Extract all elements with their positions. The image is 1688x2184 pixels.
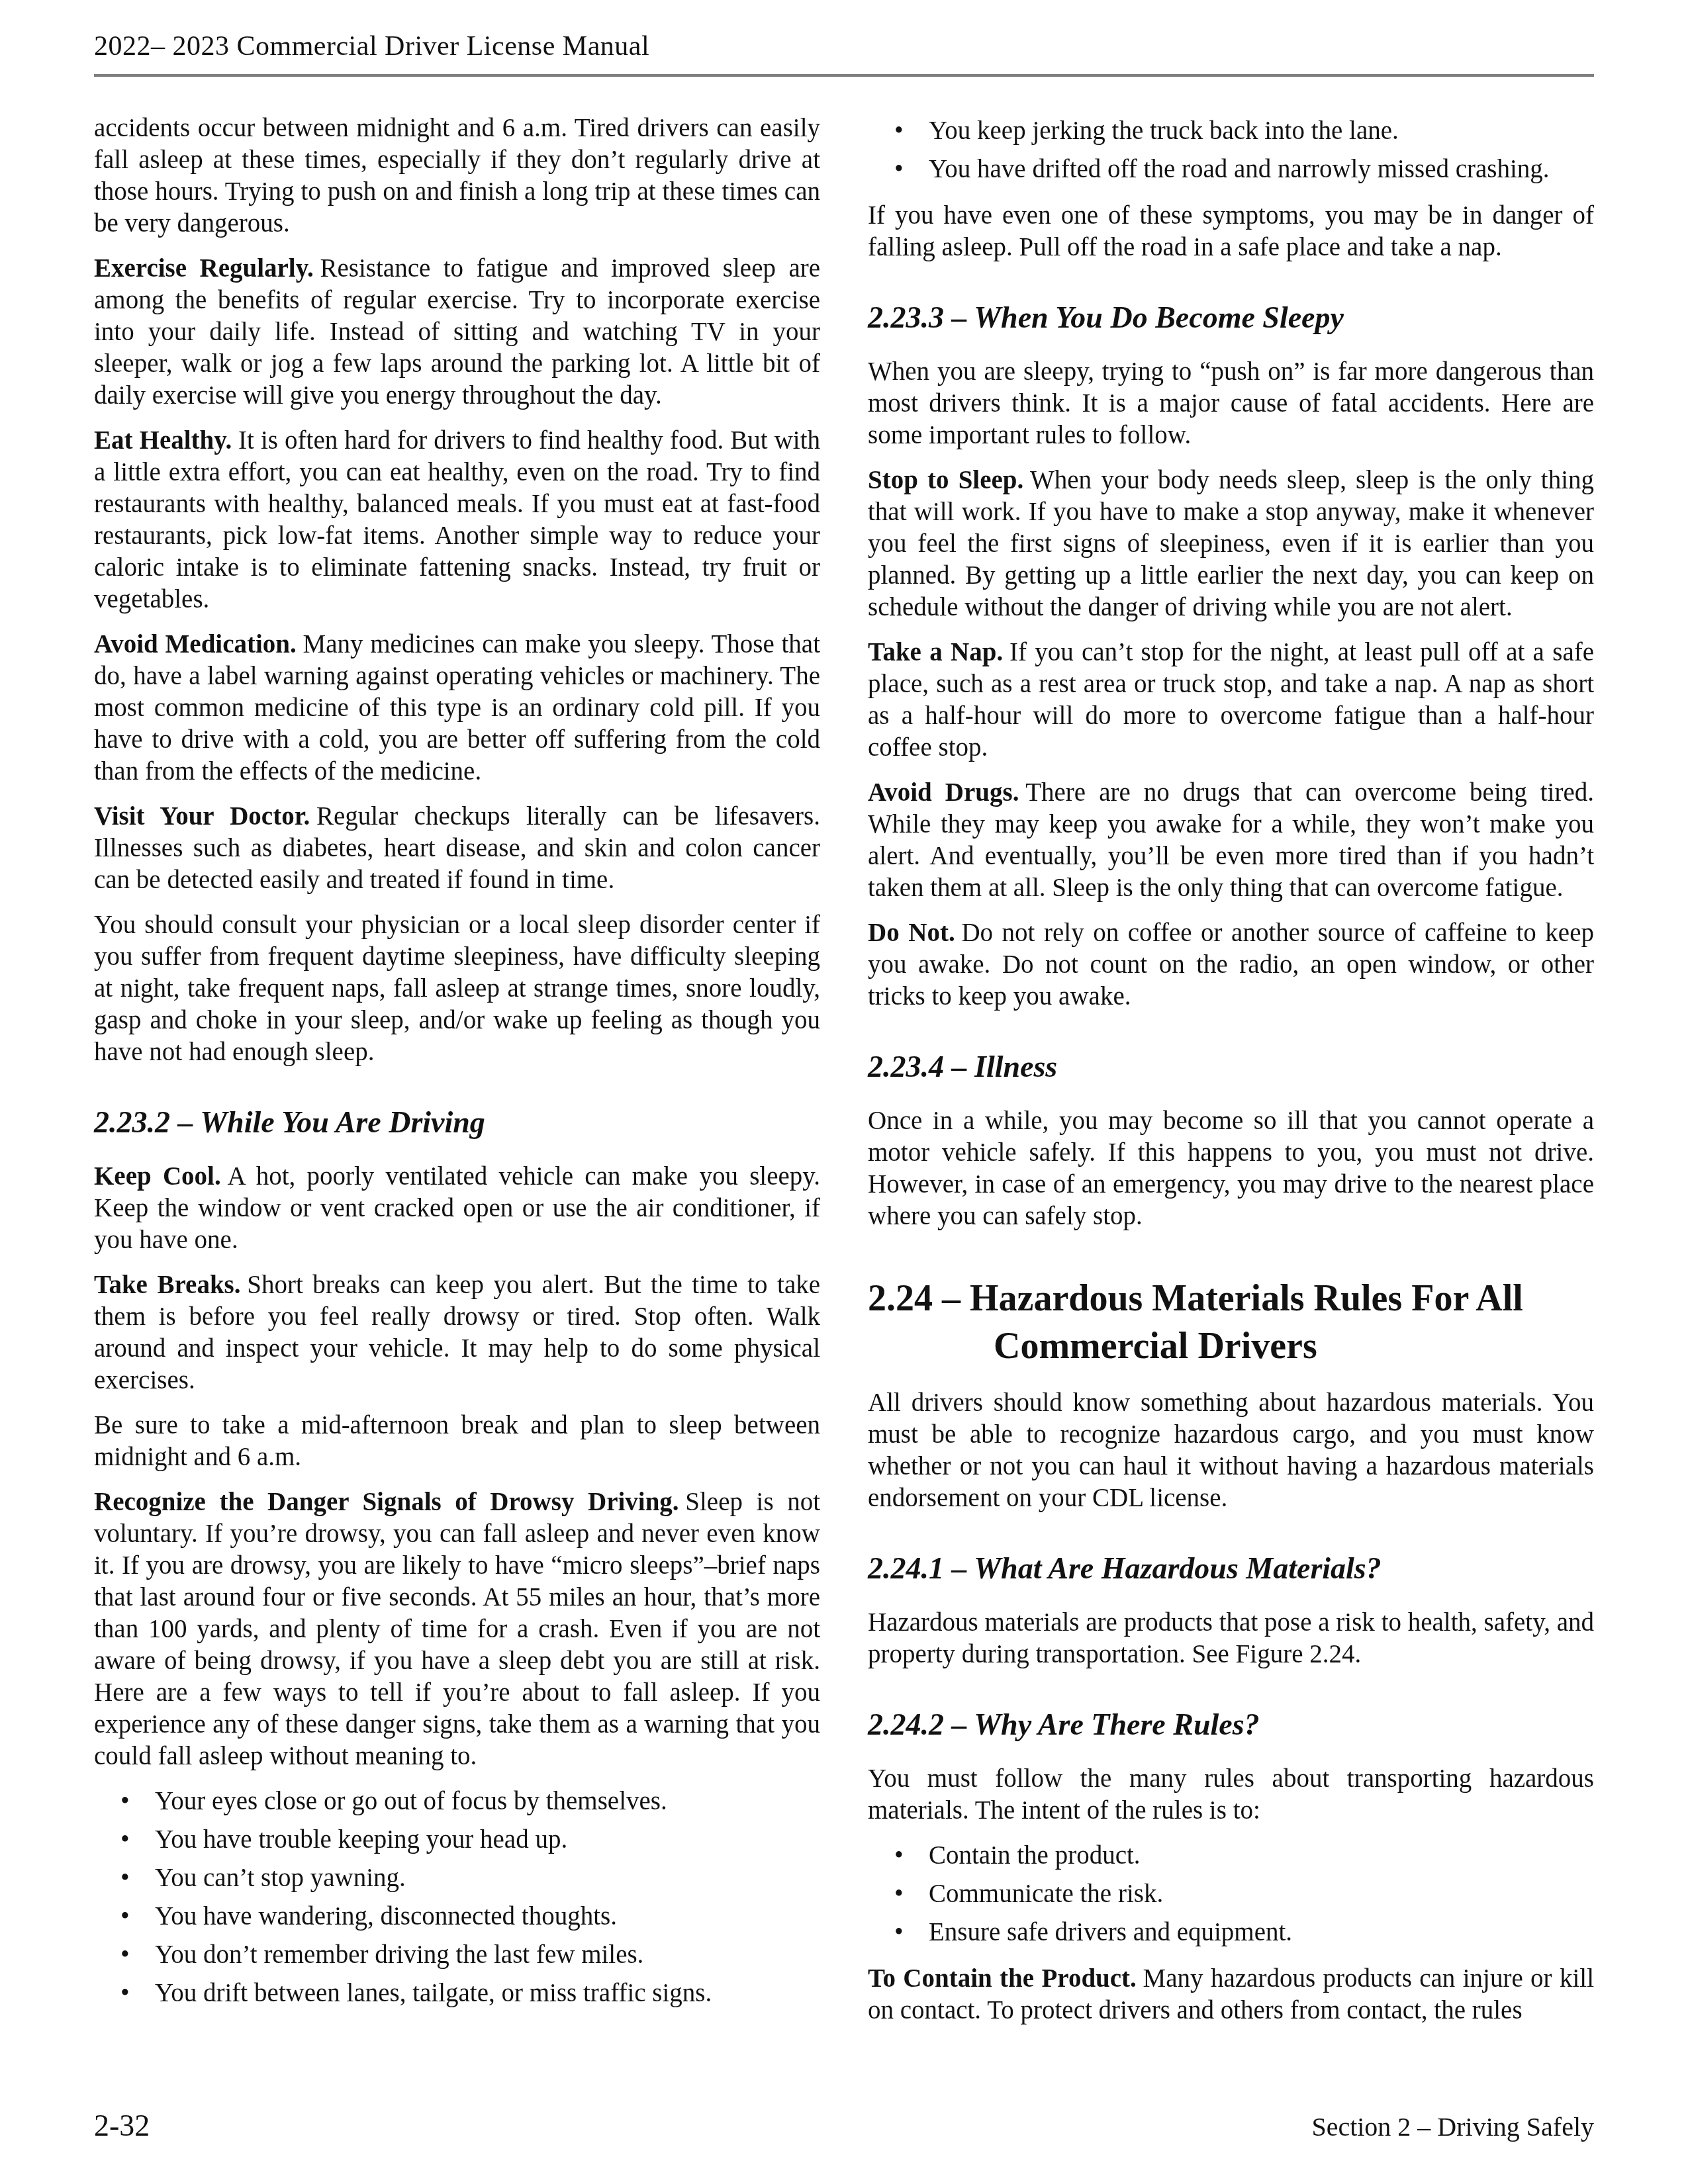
- paragraph-lead: Visit Your Doctor.: [94, 802, 310, 831]
- paragraph: Visit Your Doctor.Regular checkups liter…: [94, 801, 820, 896]
- paragraph: When you are sleepy, trying to “push on”…: [868, 356, 1594, 451]
- paragraph-text: You must follow the many rules about tra…: [868, 1764, 1594, 1825]
- paragraph: You must follow the many rules about tra…: [868, 1763, 1594, 1827]
- section-heading: 2.23.4 – Illness: [868, 1048, 1594, 1085]
- paragraph: Keep Cool.A hot, poorly ventilated vehic…: [94, 1161, 820, 1256]
- paragraph: Take Breaks.Short breaks can keep you al…: [94, 1269, 820, 1396]
- paragraph-lead: Take a Nap.: [868, 638, 1003, 666]
- bullet-item: You have trouble keeping your head up.: [94, 1824, 820, 1856]
- paragraph: Once in a while, you may become so ill t…: [868, 1105, 1594, 1232]
- bullet-item: You don’t remember driving the last few …: [94, 1939, 820, 1971]
- paragraph-text: If you have even one of these symptoms, …: [868, 201, 1594, 261]
- paragraph-text: You should consult your physician or a l…: [94, 911, 820, 1066]
- chapter-heading-line2: Commercial Drivers: [994, 1322, 1594, 1370]
- bullet-item: You can’t stop yawning.: [94, 1862, 820, 1894]
- paragraph: If you have even one of these symptoms, …: [868, 200, 1594, 263]
- paragraph: Do Not.Do not rely on coffee or another …: [868, 917, 1594, 1013]
- paragraph: To Contain the Product.Many hazardous pr…: [868, 1963, 1594, 2026]
- paragraph: Hazardous materials are products that po…: [868, 1607, 1594, 1670]
- bullet-list: Your eyes close or go out of focus by th…: [94, 1786, 820, 2009]
- bullet-item: Ensure safe drivers and equipment.: [868, 1917, 1594, 1948]
- paragraph-text: Sleep is not voluntary. If you’re drowsy…: [94, 1488, 820, 1770]
- paragraph-text: Do not rely on coffee or another source …: [868, 919, 1594, 1011]
- bullet-item: Communicate the risk.: [868, 1878, 1594, 1910]
- paragraph-text: All drivers should know something about …: [868, 1388, 1594, 1512]
- section-heading: 2.23.3 – When You Do Become Sleepy: [868, 299, 1594, 336]
- paragraph: Eat Healthy.It is often hard for drivers…: [94, 425, 820, 615]
- bullet-item: Contain the product.: [868, 1840, 1594, 1872]
- section-heading: 2.23.2 – While You Are Driving: [94, 1104, 820, 1141]
- manual-title: 2022– 2023 Commercial Driver License Man…: [94, 30, 1594, 62]
- paragraph: Avoid Medication.Many medicines can make…: [94, 629, 820, 788]
- bullet-item: You drift between lanes, tailgate, or mi…: [94, 1978, 820, 2009]
- paragraph: Stop to Sleep.When your body needs sleep…: [868, 465, 1594, 623]
- paragraph: Be sure to take a mid-afternoon break an…: [94, 1410, 820, 1473]
- bullet-item: You have drifted off the road and narrow…: [868, 154, 1594, 185]
- paragraph: accidents occur between midnight and 6 a…: [94, 113, 820, 240]
- paragraph-lead: Stop to Sleep.: [868, 466, 1023, 494]
- paragraph-lead: Do Not.: [868, 919, 955, 947]
- paragraph-lead: Keep Cool.: [94, 1162, 221, 1191]
- paragraph-text: Be sure to take a mid-afternoon break an…: [94, 1411, 820, 1471]
- paragraph: Take a Nap.If you can’t stop for the nig…: [868, 637, 1594, 764]
- section-heading: 2.24.2 – Why Are There Rules?: [868, 1706, 1594, 1743]
- section-heading: 2.24.1 – What Are Hazardous Materials?: [868, 1550, 1594, 1587]
- paragraph-lead: Take Breaks.: [94, 1271, 241, 1299]
- page-header: 2022– 2023 Commercial Driver License Man…: [94, 30, 1594, 77]
- paragraph-text: When you are sleepy, trying to “push on”…: [868, 357, 1594, 449]
- paragraph-lead: Exercise Regularly.: [94, 254, 314, 283]
- paragraph-lead: Avoid Drugs.: [868, 778, 1019, 807]
- paragraph-text: Hazardous materials are products that po…: [868, 1608, 1594, 1668]
- right-column: You keep jerking the truck back into the…: [868, 113, 1594, 2040]
- left-column: accidents occur between midnight and 6 a…: [94, 113, 820, 2040]
- header-divider: [94, 74, 1594, 77]
- paragraph-lead: Recognize the Danger Signals of Drowsy D…: [94, 1488, 679, 1516]
- paragraph: Avoid Drugs.There are no drugs that can …: [868, 777, 1594, 904]
- paragraph-lead: To Contain the Product.: [868, 1964, 1137, 1993]
- paragraph-text: accidents occur between midnight and 6 a…: [94, 114, 820, 238]
- paragraph: All drivers should know something about …: [868, 1387, 1594, 1514]
- paragraph-lead: Eat Healthy.: [94, 426, 232, 455]
- footer-section-label: Section 2 – Driving Safely: [1311, 2111, 1594, 2142]
- bullet-list: Contain the product.Communicate the risk…: [868, 1840, 1594, 1948]
- bullet-item: You have wandering, disconnected thought…: [94, 1901, 820, 1933]
- paragraph: Exercise Regularly.Resistance to fatigue…: [94, 253, 820, 412]
- bullet-item: You keep jerking the truck back into the…: [868, 115, 1594, 147]
- paragraph-text: Once in a while, you may become so ill t…: [868, 1107, 1594, 1230]
- page-footer: 2-32 Section 2 – Driving Safely: [94, 2108, 1594, 2143]
- bullet-item: Your eyes close or go out of focus by th…: [94, 1786, 820, 1817]
- chapter-heading-line1: 2.24 – Hazardous Materials Rules For All: [868, 1278, 1523, 1319]
- two-column-body: accidents occur between midnight and 6 a…: [94, 113, 1594, 2040]
- chapter-heading: 2.24 – Hazardous Materials Rules For All…: [868, 1275, 1594, 1370]
- paragraph: You should consult your physician or a l…: [94, 909, 820, 1068]
- paragraph-lead: Avoid Medication.: [94, 630, 297, 659]
- page-number: 2-32: [94, 2108, 150, 2143]
- bullet-list: You keep jerking the truck back into the…: [868, 115, 1594, 185]
- manual-page: 2022– 2023 Commercial Driver License Man…: [0, 0, 1688, 2184]
- paragraph: Recognize the Danger Signals of Drowsy D…: [94, 1486, 820, 1772]
